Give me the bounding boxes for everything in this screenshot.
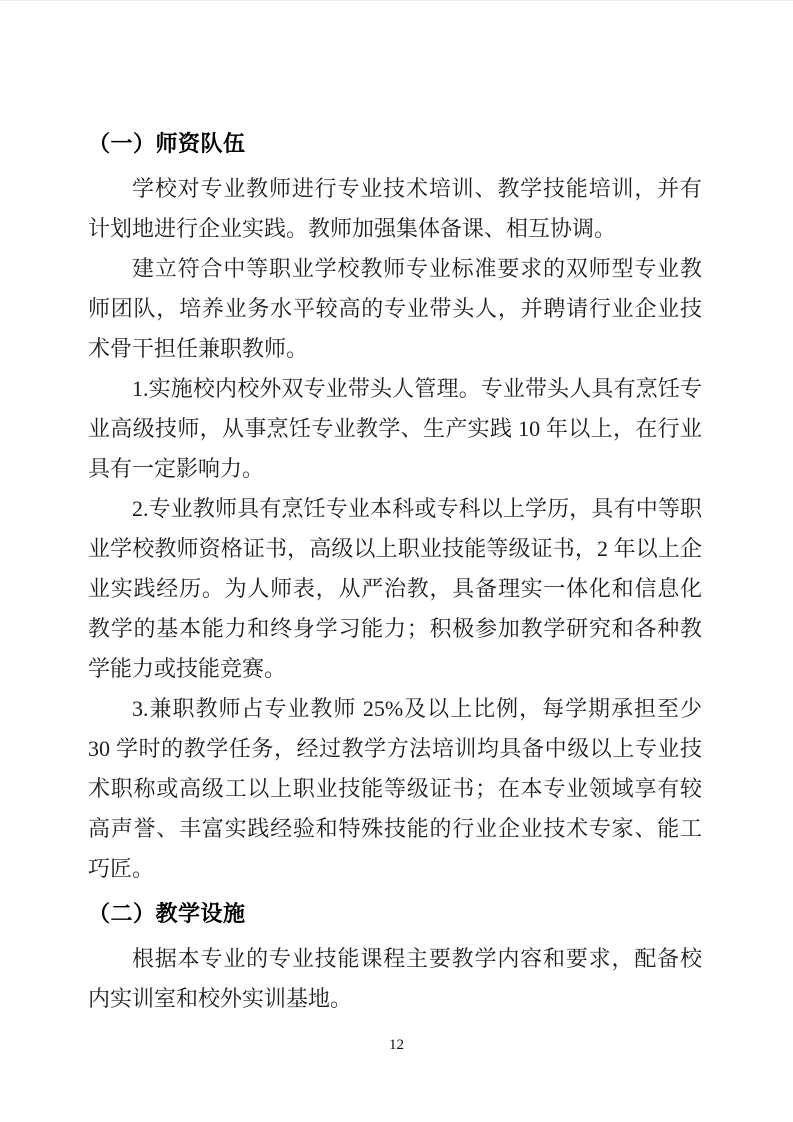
document-page: （一）师资队伍 学校对专业教师进行专业技术培训、教学技能培训，并有计划地进行企业… bbox=[0, 0, 793, 1122]
paragraph-teacher-training: 学校对专业教师进行专业技术培训、教学技能培训，并有计划地进行企业实践。教师加强集… bbox=[88, 169, 702, 249]
paragraph-dual-qualified-team: 建立符合中等职业学校教师专业标准要求的双师型专业教师团队，培养业务水平较高的专业… bbox=[88, 249, 702, 369]
paragraph-item-3-part-time-teachers: 3.兼职教师占专业教师 25%及以上比例，每学期承担至少 30 学时的教学任务，… bbox=[88, 689, 702, 889]
section-heading-teaching-facilities: （二）教学设施 bbox=[88, 889, 702, 939]
paragraph-item-1-program-leader: 1.实施校内校外双专业带头人管理。专业带头人具有烹饪专业高级技师，从事烹饪专业教… bbox=[88, 369, 702, 489]
page-content: （一）师资队伍 学校对专业教师进行专业技术培训、教学技能培训，并有计划地进行企业… bbox=[88, 119, 702, 1019]
page-number: 12 bbox=[0, 1037, 793, 1054]
paragraph-item-2-professional-teachers: 2.专业教师具有烹饪专业本科或专科以上学历，具有中等职业学校教师资格证书，高级以… bbox=[88, 489, 702, 689]
section-heading-teacher-team: （一）师资队伍 bbox=[88, 119, 702, 169]
paragraph-training-facilities: 根据本专业的专业技能课程主要教学内容和要求，配备校内实训室和校外实训基地。 bbox=[88, 939, 702, 1019]
